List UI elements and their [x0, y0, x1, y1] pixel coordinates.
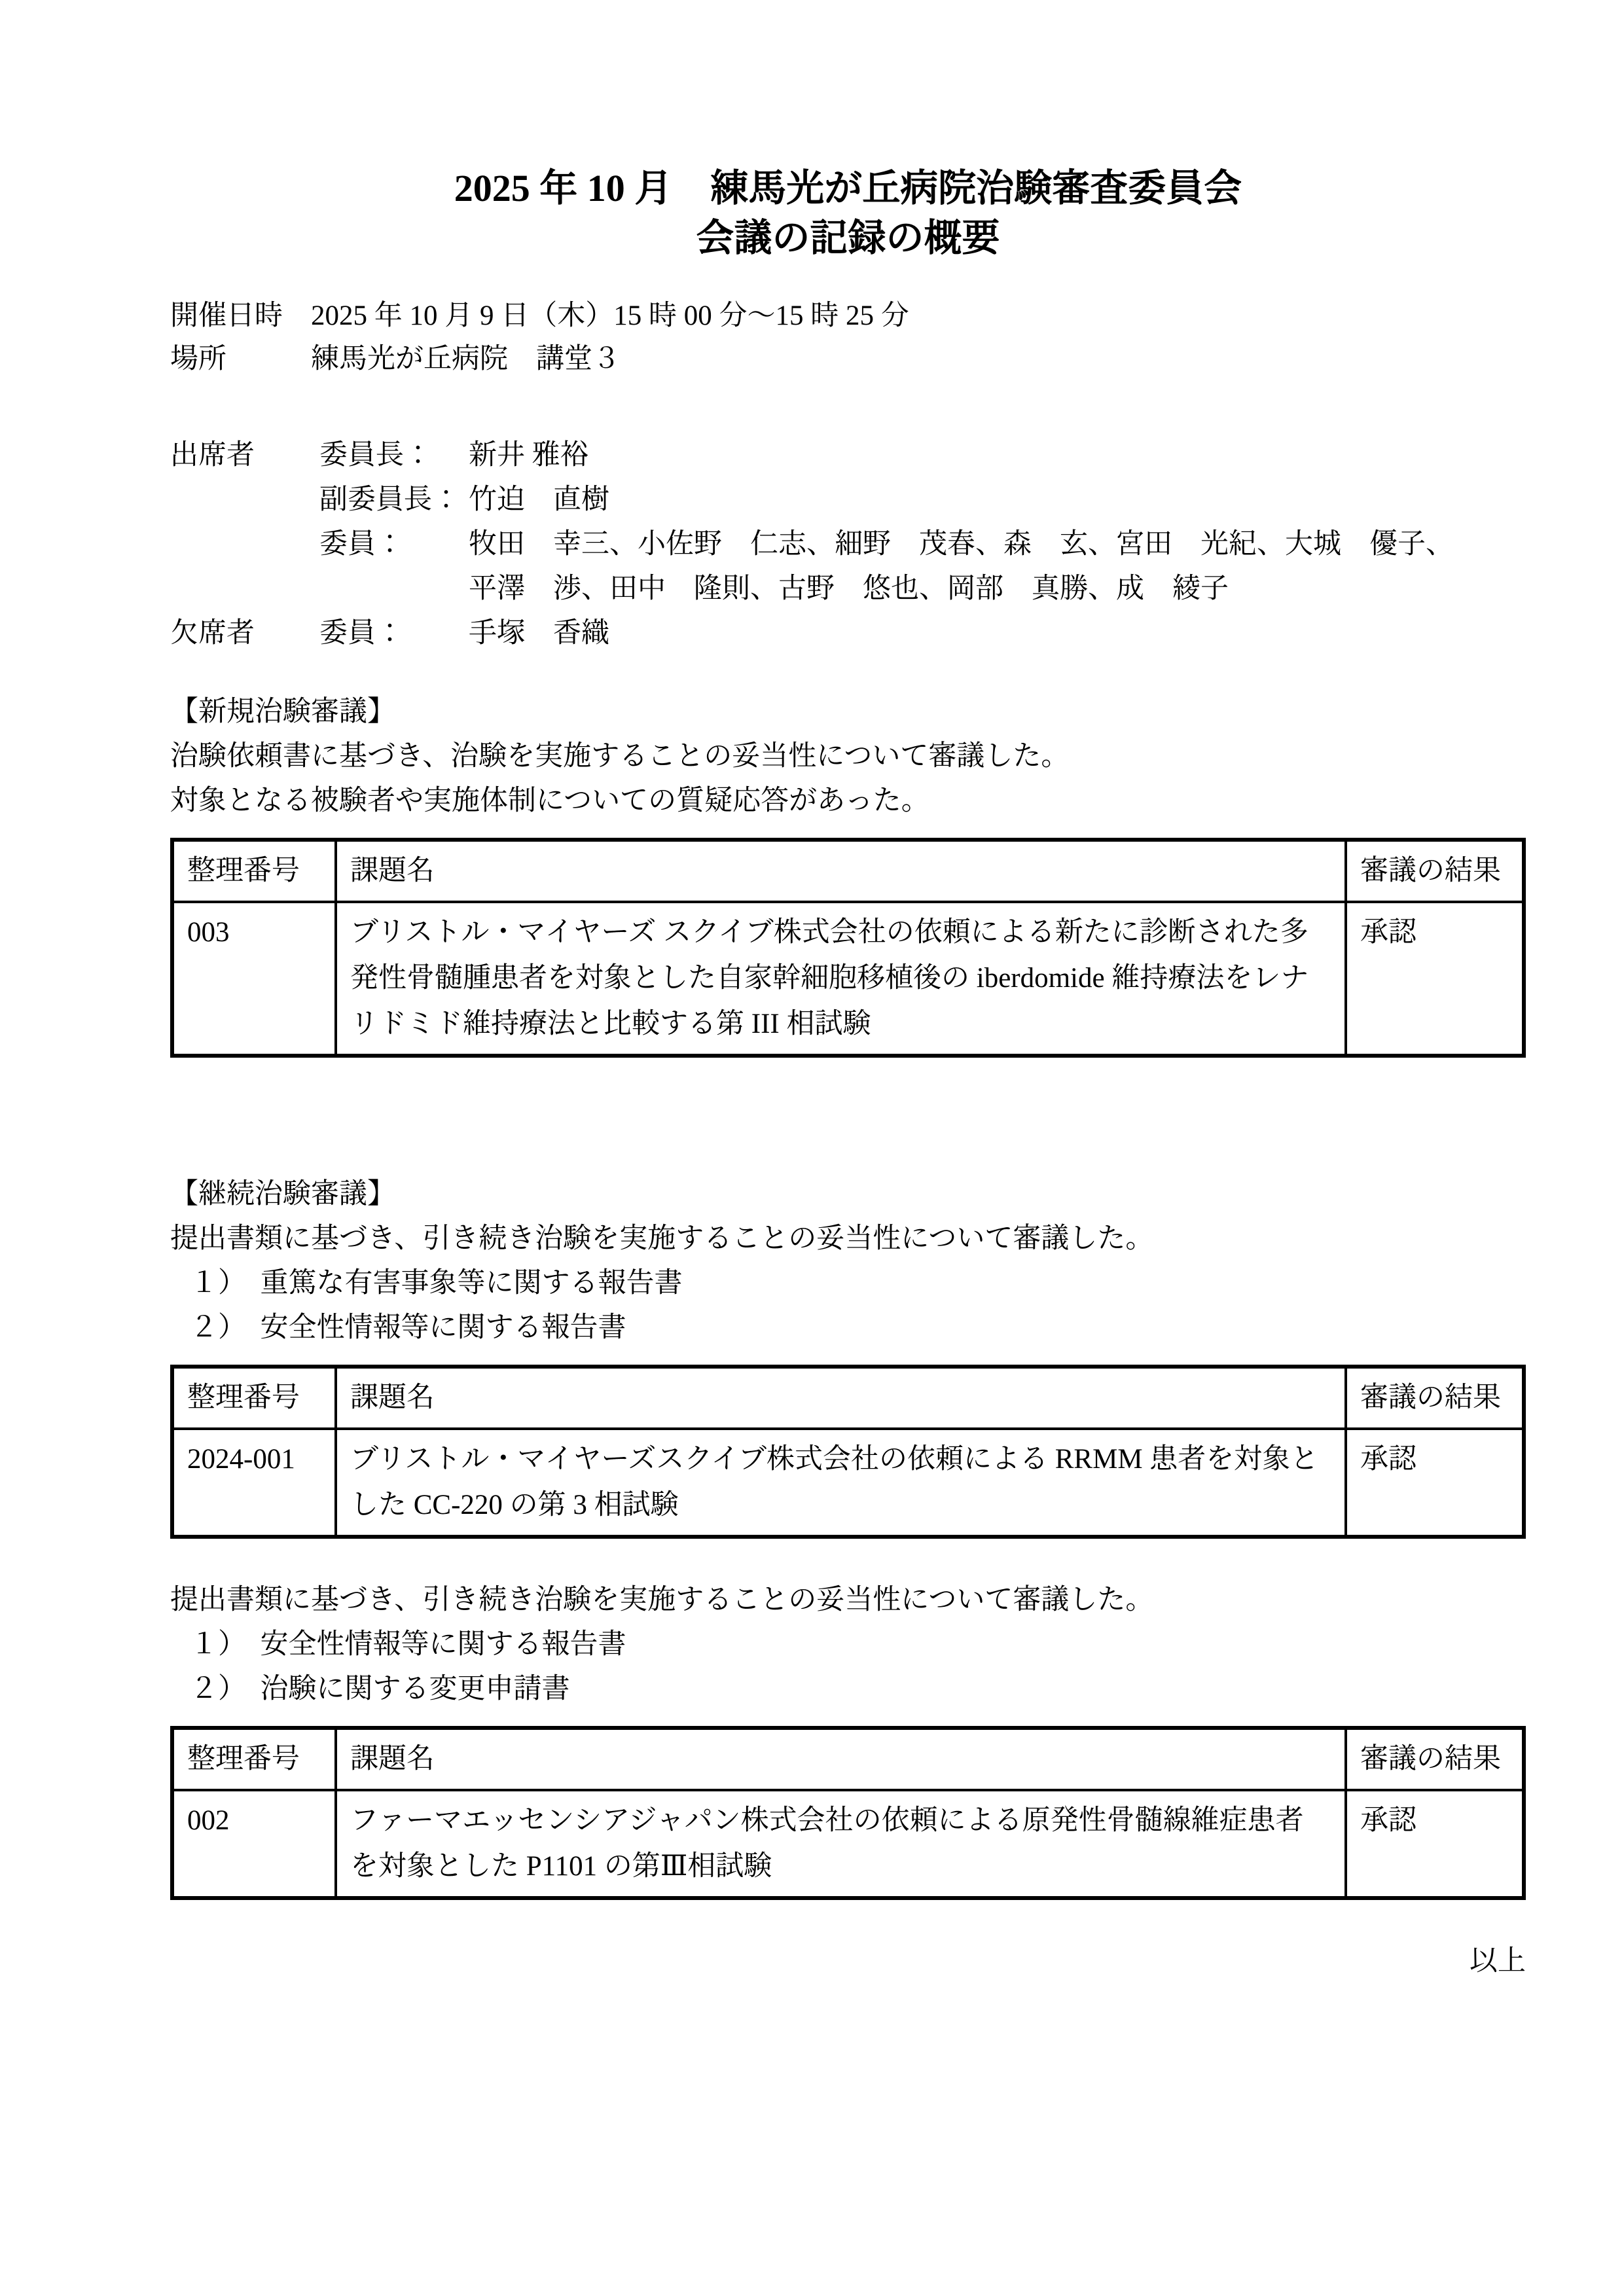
attendance-block: 出席者 委員長： 新井 雅裕 副委員長： 竹迫 直樹 委員： 牧田 幸三、小佐野…	[170, 433, 1526, 656]
attendee-group-label	[170, 522, 319, 567]
column-header-title: 課題名	[336, 840, 1346, 902]
column-header-id: 整理番号	[172, 840, 336, 902]
continuing-item-2-2: ２） 治験に関する変更申請書	[170, 1667, 1526, 1712]
meeting-datetime-row: 開催日時 2025 年 10 月 9 日（木）15 時 00 分～15 時 25…	[170, 295, 1526, 338]
continuing-table-2: 整理番号 課題名 審議の結果 002 ファーマエッセンシアジャパン株式会社の依頼…	[170, 1726, 1526, 1900]
place-value: 練馬光が丘病院 講堂３	[311, 338, 1526, 381]
column-header-title: 課題名	[336, 1728, 1346, 1790]
trial-result-cell: 承認	[1346, 902, 1524, 1056]
continuing-trial-heading: 【継続治験審議】	[170, 1172, 1526, 1217]
document-page: 2025 年 10 月 練馬光が丘病院治験審査委員会 会議の記録の概要 開催日時…	[0, 0, 1624, 2296]
attendee-names: 平澤 渉、田中 隆則、古野 悠也、岡部 真勝、成 綾子	[469, 567, 1526, 611]
continuing-table-1: 整理番号 課題名 審議の結果 2024-001 ブリストル・マイヤーズスクイブ株…	[170, 1365, 1526, 1539]
attendee-role-label	[319, 567, 469, 611]
column-header-result: 審議の結果	[1346, 1728, 1524, 1790]
meeting-place-row: 場所 練馬光が丘病院 講堂３	[170, 338, 1526, 381]
title-line-2: 会議の記録の概要	[170, 213, 1526, 263]
trial-title-cell: ブリストル・マイヤーズ スクイブ株式会社の依頼による新たに診断された多発性骨髄腫…	[336, 902, 1346, 1056]
column-header-title: 課題名	[336, 1367, 1346, 1429]
attendance-row-members-cont: 平澤 渉、田中 隆則、古野 悠也、岡部 真勝、成 綾子	[170, 567, 1526, 611]
table-row: 002 ファーマエッセンシアジャパン株式会社の依頼による原発性骨髄線維症患者を対…	[172, 1790, 1524, 1898]
column-header-id: 整理番号	[172, 1728, 336, 1790]
table-header-row: 整理番号 課題名 審議の結果	[172, 840, 1524, 902]
table-header-row: 整理番号 課題名 審議の結果	[172, 1728, 1524, 1790]
continuing-paragraph-1: 提出書類に基づき、引き続き治験を実施することの妥当性について審議した。	[170, 1217, 1526, 1261]
table-header-row: 整理番号 課題名 審議の結果	[172, 1367, 1524, 1429]
continuing-block-1: 提出書類に基づき、引き続き治験を実施することの妥当性について審議した。 １） 重…	[170, 1217, 1526, 1539]
continuing-trial-section: 【継続治験審議】 提出書類に基づき、引き続き治験を実施することの妥当性について審…	[170, 1172, 1526, 1900]
new-trial-paragraph-1: 治験依頼書に基づき、治験を実施することの妥当性について審議した。	[170, 734, 1526, 779]
new-trial-heading: 【新規治験審議】	[170, 690, 1526, 734]
attendee-role-label: 委員長：	[319, 433, 469, 478]
attendee-names: 新井 雅裕	[469, 433, 1526, 478]
new-trial-paragraph-2: 対象となる被験者や実施体制についての質疑応答があった。	[170, 779, 1526, 823]
attendee-group-label	[170, 567, 319, 611]
attendee-names: 竹迫 直樹	[469, 478, 1526, 522]
datetime-label: 開催日時	[170, 295, 311, 338]
table-row: 003 ブリストル・マイヤーズ スクイブ株式会社の依頼による新たに診断された多発…	[172, 902, 1524, 1056]
meeting-meta: 開催日時 2025 年 10 月 9 日（木）15 時 00 分～15 時 25…	[170, 295, 1526, 381]
closing-statement: 以上	[170, 1939, 1526, 1984]
datetime-value: 2025 年 10 月 9 日（木）15 時 00 分～15 時 25 分	[311, 295, 1526, 338]
attendance-row-absent: 欠席者 委員： 手塚 香織	[170, 611, 1526, 656]
trial-title-cell: ファーマエッセンシアジャパン株式会社の依頼による原発性骨髄線維症患者を対象とした…	[336, 1790, 1346, 1898]
attendee-names: 牧田 幸三、小佐野 仁志、細野 茂春、森 玄、宮田 光紀、大城 優子、	[469, 522, 1526, 567]
continuing-block-2: 提出書類に基づき、引き続き治験を実施することの妥当性について審議した。 １） 安…	[170, 1578, 1526, 1900]
column-header-id: 整理番号	[172, 1367, 336, 1429]
trial-result-cell: 承認	[1346, 1790, 1524, 1898]
attendee-role-label: 委員：	[319, 522, 469, 567]
attendee-role-label: 副委員長：	[319, 478, 469, 522]
column-header-result: 審議の結果	[1346, 1367, 1524, 1429]
column-header-result: 審議の結果	[1346, 840, 1524, 902]
table-row: 2024-001 ブリストル・マイヤーズスクイブ株式会社の依頼による RRMM …	[172, 1429, 1524, 1537]
trial-id-cell: 003	[172, 902, 336, 1056]
new-trial-section: 【新規治験審議】 治験依頼書に基づき、治験を実施することの妥当性について審議した…	[170, 690, 1526, 1058]
continuing-item-1-2: ２） 安全性情報等に関する報告書	[170, 1306, 1526, 1350]
absentee-names: 手塚 香織	[469, 611, 1526, 656]
attendee-group-label	[170, 478, 319, 522]
place-label: 場所	[170, 338, 311, 381]
trial-title-cell: ブリストル・マイヤーズスクイブ株式会社の依頼による RRMM 患者を対象とした …	[336, 1429, 1346, 1537]
continuing-item-2-1: １） 安全性情報等に関する報告書	[170, 1623, 1526, 1667]
page-title: 2025 年 10 月 練馬光が丘病院治験審査委員会 会議の記録の概要	[170, 164, 1526, 263]
attendee-group-label: 出席者	[170, 433, 319, 478]
trial-result-cell: 承認	[1346, 1429, 1524, 1537]
trial-id-cell: 2024-001	[172, 1429, 336, 1537]
attendance-row-members: 委員： 牧田 幸三、小佐野 仁志、細野 茂春、森 玄、宮田 光紀、大城 優子、	[170, 522, 1526, 567]
continuing-paragraph-2: 提出書類に基づき、引き続き治験を実施することの妥当性について審議した。	[170, 1578, 1526, 1623]
new-trial-table: 整理番号 課題名 審議の結果 003 ブリストル・マイヤーズ スクイブ株式会社の…	[170, 838, 1526, 1058]
title-line-1: 2025 年 10 月 練馬光が丘病院治験審査委員会	[170, 164, 1526, 213]
absentee-role-label: 委員：	[319, 611, 469, 656]
continuing-item-1-1: １） 重篤な有害事象等に関する報告書	[170, 1261, 1526, 1306]
absentee-group-label: 欠席者	[170, 611, 319, 656]
attendance-row-chair: 出席者 委員長： 新井 雅裕	[170, 433, 1526, 478]
trial-id-cell: 002	[172, 1790, 336, 1898]
attendance-row-vice-chair: 副委員長： 竹迫 直樹	[170, 478, 1526, 522]
